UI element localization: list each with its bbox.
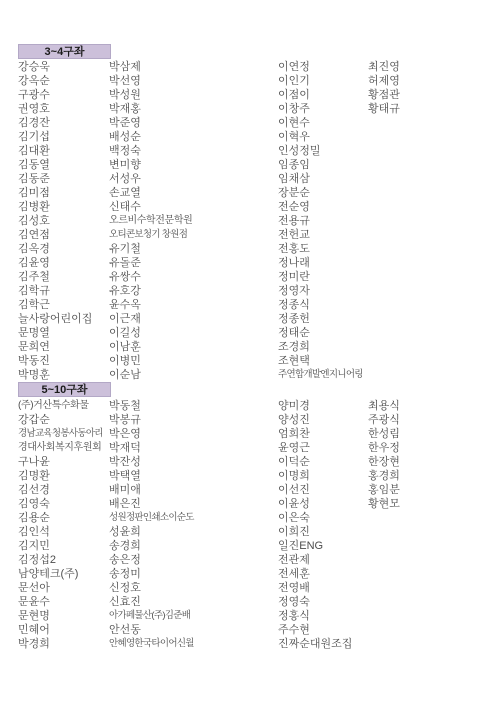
- name-column: 최진영허제영황점관황태규: [368, 60, 400, 116]
- name-cell: 박삼제: [109, 60, 192, 74]
- name-cell: 이남훈: [109, 340, 192, 354]
- name-column: 강승욱강옥순구광수권영호김경잔김기섭김대환김동열김동준김미점김병환김성호김연점김…: [18, 60, 92, 382]
- name-cell: 이은숙: [278, 511, 352, 525]
- name-cell: 유쌍수: [109, 270, 192, 284]
- name-cell: 박준영: [109, 116, 192, 130]
- name-column: 이연정이인기이점이이창주이현수이혁우인성정밀임종임임채삼장분순전순영전용규전헌교…: [278, 60, 363, 382]
- name-cell: 정미란: [278, 270, 363, 284]
- name-cell: 조경희: [278, 340, 363, 354]
- name-cell: 전용규: [278, 214, 363, 228]
- name-cell: 이창주: [278, 102, 363, 116]
- name-cell: 임종임: [278, 158, 363, 172]
- name-cell: 강갑순: [18, 413, 103, 427]
- name-cell: 한우정: [368, 441, 400, 455]
- name-cell: 김동준: [18, 172, 92, 186]
- name-cell: 성윤희: [109, 525, 194, 539]
- name-cell: 아가페물산(주)김준배: [109, 609, 194, 623]
- name-cell: 문윤수: [18, 595, 103, 609]
- name-cell: 박재덕: [109, 441, 194, 455]
- section-header: 3~4구좌: [18, 44, 111, 59]
- name-cell: 손교열: [109, 186, 192, 200]
- name-cell: 이선진: [278, 483, 352, 497]
- name-cell: 김병환: [18, 200, 92, 214]
- name-cell: 변미향: [109, 158, 192, 172]
- name-cell: 김학규: [18, 284, 92, 298]
- name-cell: 유돌준: [109, 256, 192, 270]
- name-cell: 이병민: [109, 354, 192, 368]
- name-cell: 정종헌: [278, 312, 363, 326]
- name-cell: 주광식: [368, 413, 400, 427]
- name-cell: 성원정판인쇄소이순도: [109, 511, 194, 525]
- name-cell: 김대환: [18, 144, 92, 158]
- name-cell: 주수현: [278, 623, 352, 637]
- name-cell: 김용순: [18, 511, 103, 525]
- name-cell: 김윤영: [18, 256, 92, 270]
- name-column: 최용식주광식한성림한우정한장현홍경희홍임분황현모: [368, 399, 400, 511]
- name-cell: 신태수: [109, 200, 192, 214]
- name-column: 양미경양성진엄희찬윤영근이덕순이명희이선진이윤성이은숙이희진일진ENG전관제전세…: [278, 399, 352, 651]
- name-cell: 김선경: [18, 483, 103, 497]
- name-cell: 일진ENG: [278, 539, 352, 553]
- name-cell: 경대사회복지후원회: [18, 441, 103, 455]
- name-column: 박동철박봉규박은영박재덕박잔성박택열배미애배은진성원정판인쇄소이순도성윤희송경희…: [109, 399, 194, 651]
- name-cell: 정나래: [278, 256, 363, 270]
- name-cell: 박잔성: [109, 455, 194, 469]
- name-cell: 박재홍: [109, 102, 192, 116]
- name-cell: 김동열: [18, 158, 92, 172]
- name-cell: 김영숙: [18, 497, 103, 511]
- name-cell: 경남교육청봉사동아리: [18, 427, 103, 441]
- name-cell: 이인기: [278, 74, 363, 88]
- name-cell: 송경희: [109, 539, 194, 553]
- name-cell: 배성순: [109, 130, 192, 144]
- name-cell: 김주철: [18, 270, 92, 284]
- name-cell: 김미점: [18, 186, 92, 200]
- name-cell: 신효진: [109, 595, 194, 609]
- name-cell: 이연정: [278, 60, 363, 74]
- name-cell: 장분순: [278, 186, 363, 200]
- name-cell: 홍경희: [368, 469, 400, 483]
- name-cell: 서성우: [109, 172, 192, 186]
- name-cell: 이혁우: [278, 130, 363, 144]
- name-cell: 이길성: [109, 326, 192, 340]
- name-cell: 송정미: [109, 567, 194, 581]
- name-cell: 배미애: [109, 483, 194, 497]
- name-cell: 인성정밀: [278, 144, 363, 158]
- name-cell: 박명훈: [18, 368, 92, 382]
- name-cell: 구광수: [18, 88, 92, 102]
- name-cell: 전영배: [278, 581, 352, 595]
- name-cell: 최진영: [368, 60, 400, 74]
- name-cell: 임채삼: [278, 172, 363, 186]
- name-cell: 김학근: [18, 298, 92, 312]
- name-column: 박삼제박선영박성원박재홍박준영배성순백정숙변미향서성우손교열신태수오르비수학전문…: [109, 60, 192, 382]
- name-cell: 안선동: [109, 623, 194, 637]
- name-cell: 정홍식: [278, 609, 352, 623]
- name-cell: 정영자: [278, 284, 363, 298]
- name-cell: 김인석: [18, 525, 103, 539]
- name-cell: (주)거산특수화물: [18, 399, 103, 413]
- name-cell: 정영숙: [278, 595, 352, 609]
- name-cell: 홍임분: [368, 483, 400, 497]
- name-cell: 박동철: [109, 399, 194, 413]
- name-cell: 김연점: [18, 228, 92, 242]
- name-cell: 배은진: [109, 497, 194, 511]
- name-cell: 구나윤: [18, 455, 103, 469]
- name-cell: 이현수: [278, 116, 363, 130]
- name-cell: 김지민: [18, 539, 103, 553]
- name-cell: 박봉규: [109, 413, 194, 427]
- name-cell: 문선아: [18, 581, 103, 595]
- name-cell: 이덕순: [278, 455, 352, 469]
- name-cell: 문현명: [18, 609, 103, 623]
- name-cell: 김정섭2: [18, 553, 103, 567]
- name-cell: 전관제: [278, 553, 352, 567]
- name-cell: 조현택: [278, 354, 363, 368]
- name-cell: 박동진: [18, 354, 92, 368]
- name-cell: 늘사랑어린이집: [18, 312, 92, 326]
- name-cell: 박택열: [109, 469, 194, 483]
- donor-account-list-document: 3~4구좌강승욱강옥순구광수권영호김경잔김기섭김대환김동열김동준김미점김병환김성…: [0, 0, 500, 707]
- name-cell: 이근재: [109, 312, 192, 326]
- name-cell: 이순남: [109, 368, 192, 382]
- name-cell: 김옥경: [18, 242, 92, 256]
- name-cell: 박은영: [109, 427, 194, 441]
- name-cell: 김경잔: [18, 116, 92, 130]
- name-cell: 유호강: [109, 284, 192, 298]
- name-cell: 문명열: [18, 326, 92, 340]
- name-cell: 이명희: [278, 469, 352, 483]
- name-cell: 황현모: [368, 497, 400, 511]
- name-cell: 전헌교: [278, 228, 363, 242]
- name-cell: 송은정: [109, 553, 194, 567]
- name-cell: 이윤성: [278, 497, 352, 511]
- name-cell: 백정숙: [109, 144, 192, 158]
- name-cell: 한장현: [368, 455, 400, 469]
- name-cell: 김기섭: [18, 130, 92, 144]
- name-cell: 한성림: [368, 427, 400, 441]
- name-cell: 김명환: [18, 469, 103, 483]
- name-cell: 신정호: [109, 581, 194, 595]
- name-cell: 오티콘보청기 창원점: [109, 228, 192, 242]
- name-cell: 전순영: [278, 200, 363, 214]
- name-cell: 주연합개발엔지니어링: [278, 368, 363, 382]
- name-cell: 유기철: [109, 242, 192, 256]
- name-cell: 박선영: [109, 74, 192, 88]
- name-cell: 박경희: [18, 637, 103, 651]
- name-cell: 황태규: [368, 102, 400, 116]
- name-cell: 정종식: [278, 298, 363, 312]
- name-cell: 문희연: [18, 340, 92, 354]
- name-cell: 박성원: [109, 88, 192, 102]
- name-cell: 강승욱: [18, 60, 92, 74]
- name-cell: 전홍도: [278, 242, 363, 256]
- name-cell: 최용식: [368, 399, 400, 413]
- name-cell: 이희진: [278, 525, 352, 539]
- name-cell: 정태순: [278, 326, 363, 340]
- name-cell: 민혜어: [18, 623, 103, 637]
- name-cell: 양미경: [278, 399, 352, 413]
- name-cell: 허제영: [368, 74, 400, 88]
- name-cell: 안혜영한국타이어신월: [109, 637, 194, 651]
- section-header: 5~10구좌: [18, 382, 111, 397]
- name-cell: 남양테크(주): [18, 567, 103, 581]
- name-cell: 전세훈: [278, 567, 352, 581]
- name-cell: 윤수옥: [109, 298, 192, 312]
- name-column: (주)거산특수화물강갑순경남교육청봉사동아리경대사회복지후원회구나윤김명환김선경…: [18, 399, 103, 651]
- name-cell: 김성호: [18, 214, 92, 228]
- name-cell: 윤영근: [278, 441, 352, 455]
- name-cell: 진짜순대원조집: [278, 637, 352, 651]
- name-cell: 권영호: [18, 102, 92, 116]
- name-cell: 강옥순: [18, 74, 92, 88]
- name-cell: 이점이: [278, 88, 363, 102]
- name-cell: 오르비수학전문학원: [109, 214, 192, 228]
- name-cell: 황점관: [368, 88, 400, 102]
- name-cell: 엄희찬: [278, 427, 352, 441]
- name-cell: 양성진: [278, 413, 352, 427]
